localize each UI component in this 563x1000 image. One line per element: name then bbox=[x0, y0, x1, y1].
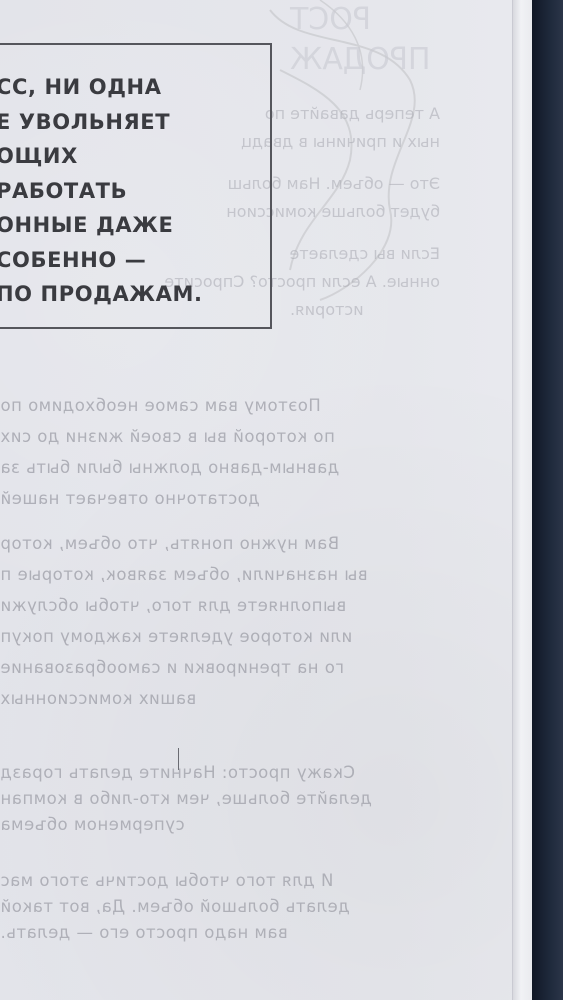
bleed-through-main-text: Поэтому вам самое необходимо по по котор… bbox=[0, 390, 395, 714]
bleed-line: онные. А если просто? Спросите bbox=[290, 268, 440, 296]
bleed-line: выполняете для того, чтобы обслужи bbox=[0, 590, 395, 621]
bleed-through-bottom-text: Скажу просто: Начните делать горазд дела… bbox=[0, 760, 395, 946]
bleed-line: Скажу просто: Начните делать горазд bbox=[0, 760, 395, 786]
bleed-line: или которое уделяете каждому покуп bbox=[0, 621, 395, 652]
bleed-through-right-column: А теперь давайте по ных и причины в двад… bbox=[290, 100, 440, 324]
bleed-line: достаточно отвечает нашей bbox=[0, 483, 395, 514]
bleed-line: Это — объем. Нам больш bbox=[290, 170, 440, 198]
bleed-line: вам надо просто его — делать. bbox=[0, 920, 395, 946]
bleed-line: И для того чтобы достичь этого мас bbox=[0, 868, 395, 894]
bleed-line: Вам нужно понять, что объем, котор bbox=[0, 528, 395, 559]
bleed-heading-line: РОСТ bbox=[290, 0, 440, 40]
bleed-through-heading: РОСТ ПРОДАЖ bbox=[290, 0, 440, 80]
page-edge bbox=[512, 0, 533, 1000]
book-page-photo: РОСТ ПРОДАЖ А теперь давайте по ных и пр… bbox=[0, 0, 563, 1000]
callout-line: ПО ПРОДАЖАМ. bbox=[0, 277, 276, 312]
callout-line: ОЩИХ bbox=[0, 139, 276, 174]
callout-line: СС, НИ ОДНА bbox=[0, 70, 276, 105]
bleed-line: суперменом объема bbox=[0, 812, 395, 838]
callout-line: РАБОТАТЬ bbox=[0, 174, 276, 209]
bleed-heading-line: ПРОДАЖ bbox=[290, 40, 440, 80]
bleed-line: делать большой объем. Да, вот такой bbox=[0, 894, 395, 920]
bleed-line: ваших комиссионных bbox=[0, 683, 395, 714]
bleed-line: А теперь давайте по bbox=[290, 100, 440, 128]
bleed-line: история. bbox=[290, 296, 440, 324]
callout-line: Е УВОЛЬНЯЕТ bbox=[0, 105, 276, 140]
bleed-line: будет больше комиссион bbox=[290, 198, 440, 226]
bleed-line: Поэтому вам самое необходимо по bbox=[0, 390, 395, 421]
bleed-line: Если вы сделаете bbox=[290, 240, 440, 268]
bleed-line: по которой вы в своей жизни до сих bbox=[0, 421, 395, 452]
dark-background bbox=[532, 0, 563, 1000]
bleed-line: ных и причины в двадц bbox=[290, 128, 440, 156]
bleed-line: делайте больше, чем кто-либо в компан bbox=[0, 786, 395, 812]
callout-text: СС, НИ ОДНА Е УВОЛЬНЯЕТ ОЩИХ РАБОТАТЬ ОН… bbox=[0, 70, 276, 312]
bleed-line: давным-давно должны были быть за bbox=[0, 452, 395, 483]
callout-line: ОННЫЕ ДАЖЕ bbox=[0, 208, 276, 243]
bleed-line: вы назначили, объем заявок, которые п bbox=[0, 559, 395, 590]
callout-line: СОБЕННО — bbox=[0, 243, 276, 278]
bleed-line: го на тренировки и самообразование bbox=[0, 652, 395, 683]
